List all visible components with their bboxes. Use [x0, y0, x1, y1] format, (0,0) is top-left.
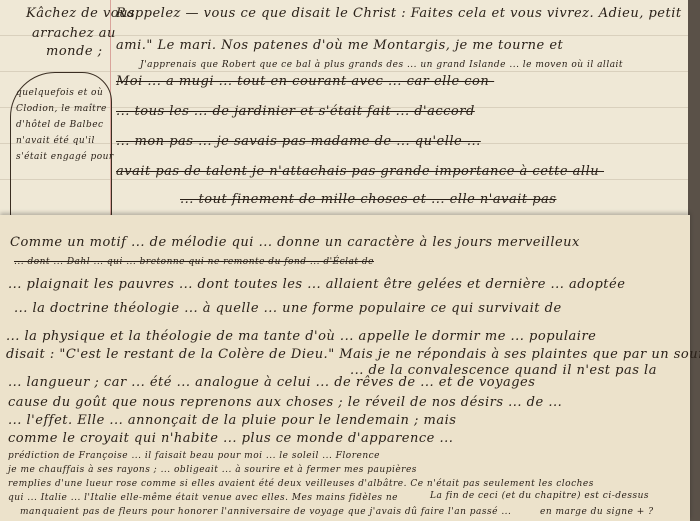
slip-line: remplies d'une lueur rose comme si elles… — [8, 479, 594, 489]
margin-note-line: arrachez au — [32, 26, 116, 41]
slip-line: ... la physique et la théologie de ma ta… — [6, 329, 596, 344]
slip-line: en marge du signe + ? — [540, 507, 654, 517]
margin-note-line: monde ; — [46, 44, 103, 59]
slip-line: ... dont ... Dahl ... qui ... bretonne q… — [14, 257, 374, 267]
struck-line: ... mon pas ... je savais pas madame de … — [116, 134, 481, 149]
slip-line: La fin de ceci (et du chapitre) est ci-d… — [430, 491, 649, 501]
text-line: Rappelez — vous ce que disait le Christ … — [116, 6, 682, 21]
slip-line: prédiction de Françoise ... il faisait b… — [8, 451, 380, 461]
struck-line: ... tous les ... de jardinier et s'était… — [116, 104, 475, 119]
slip-line: Comme un motif ... de mélodie qui ... do… — [10, 235, 580, 250]
struck-line: Moi ... a mugi ... tout en courant avec … — [116, 74, 494, 89]
text-line: J'apprenais que Robert que ce bal à plus… — [140, 60, 623, 70]
pasted-paper-slip: Comme un motif ... de mélodie qui ... do… — [0, 215, 690, 521]
slip-line: cause du goût que nous reprenons aux cho… — [8, 395, 562, 410]
bubble-line: quelquefois et où — [16, 88, 103, 98]
bubble-line: Clodion, le maître — [16, 104, 107, 114]
slip-line: ... la doctrine théologie ... à quelle .… — [14, 301, 562, 316]
slip-line: ... plaignait les pauvres ... dont toute… — [8, 277, 625, 292]
slip-line: je me chauffais à ses rayons ; ... oblig… — [8, 465, 417, 475]
slip-line: ... langueur ; car ... été ... analogue … — [8, 375, 535, 390]
slip-line: qui ... Italie ... l'Italie elle-même ét… — [8, 493, 398, 503]
struck-line: ... tout finement de mille choses et ...… — [180, 192, 556, 207]
slip-line: ... l'effet. Elle ... annonçait de la pl… — [8, 413, 456, 428]
bubble-line: n'avait été qu'il — [16, 136, 95, 146]
slip-line: disait : "C'est le restant de la Colère … — [6, 347, 700, 362]
text-line: ami." Le mari. Nos patenes d'où me Monta… — [116, 38, 563, 53]
slip-line: comme le croyait qui n'habite ... plus c… — [8, 431, 453, 446]
slip-line: manquaient pas de fleurs pour honorer l'… — [20, 507, 511, 517]
struck-line: avait pas de talent je n'attachais pas g… — [116, 164, 604, 179]
upper-manuscript-page: Kâchez de vous arrachez au monde ; quelq… — [0, 0, 688, 215]
bubble-line: s'était engagé pour — [16, 152, 114, 162]
bubble-line: d'hôtel de Balbec — [16, 120, 104, 130]
